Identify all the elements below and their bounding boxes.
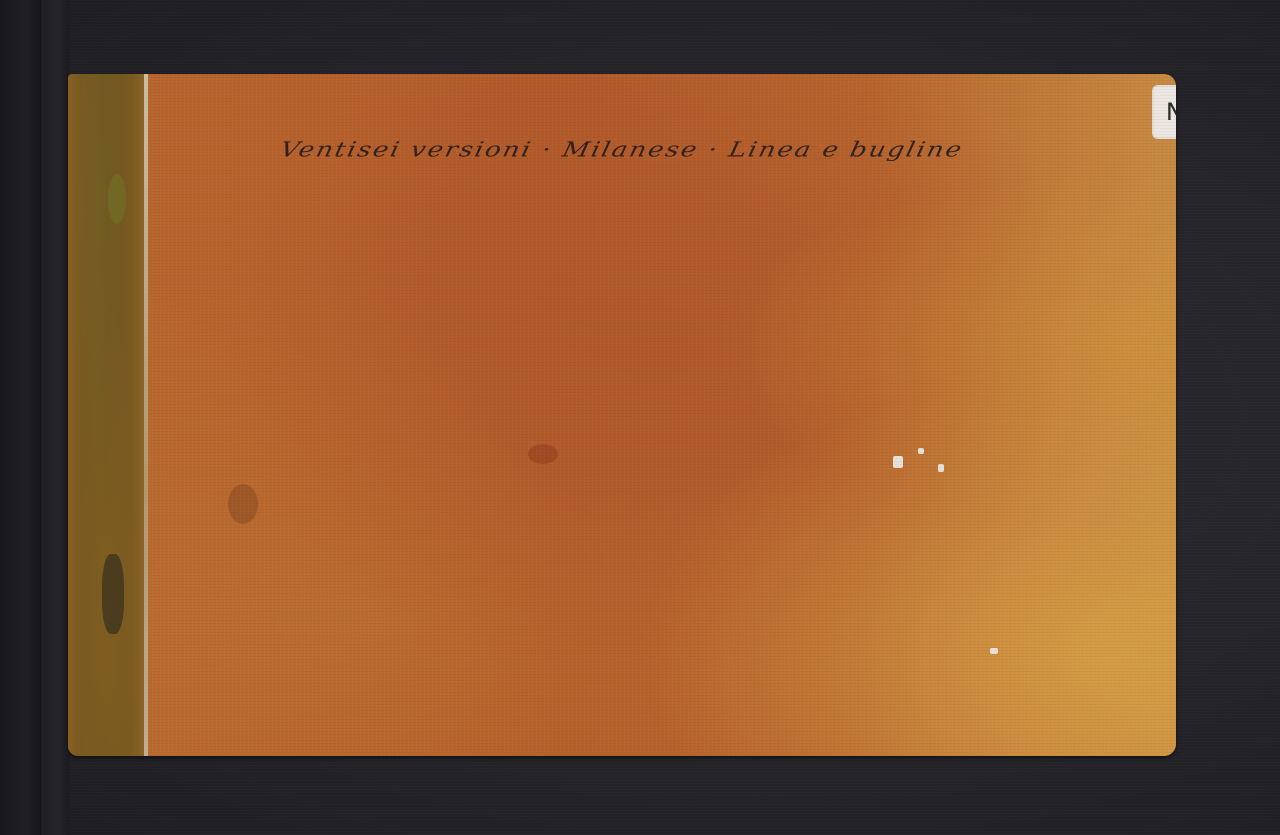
spine-green-mark — [108, 174, 126, 224]
handwritten-title: Ventisei versioni · Milanese · Linea e b… — [278, 138, 1176, 162]
paint-chip — [938, 464, 944, 472]
spine-stain — [102, 554, 124, 634]
paint-chip — [918, 448, 924, 454]
notebook-cover: Ventisei versioni · Milanese · Linea e b… — [148, 74, 1176, 756]
label-text: Nº 6 — [1166, 98, 1176, 126]
dark-board-left — [0, 0, 40, 835]
number-label: Nº 6 — [1152, 85, 1176, 139]
cover-stain — [528, 444, 558, 464]
board-edge — [40, 0, 69, 835]
paint-chip — [893, 456, 903, 468]
cover-stain — [228, 484, 258, 524]
paint-chip — [990, 648, 998, 654]
notebook-spine — [68, 74, 144, 756]
notebook: Ventisei versioni · Milanese · Linea e b… — [68, 74, 1176, 756]
